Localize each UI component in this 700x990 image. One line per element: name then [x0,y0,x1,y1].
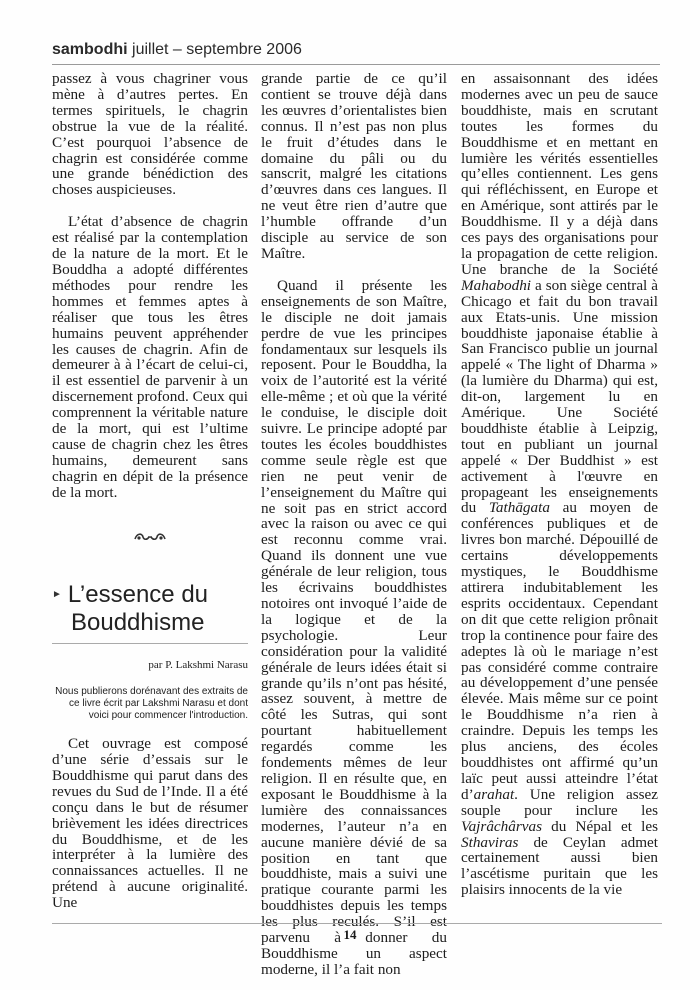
title-divider [52,643,248,644]
header-divider [52,64,660,65]
column-right: en assaisonnant des idées modernes avec … [461,71,658,898]
running-header: sambodhi juillet – septembre 2006 [52,41,672,63]
article-title-line1: L’essence du [68,581,208,608]
ornament-icon [52,531,248,551]
paragraph: Quand il présente les enseignements de s… [261,278,447,978]
issue-date: juillet – septembre 2006 [128,41,302,58]
editor-intro-note: Nous publierons dorénavant des extraits … [52,686,248,722]
article-title-line2: Bouddhisme [52,609,248,637]
paragraph: en assaisonnant des idées modernes avec … [461,71,658,898]
paragraph: passez à vous chagriner vous mène à d’au… [52,71,248,198]
italic-term: Tathāgata [489,499,550,516]
footer-divider [52,923,662,924]
paragraph: grande partie de ce qu’il contient se tr… [261,71,447,262]
italic-term: Vajrâchârvas [461,818,542,835]
italic-term: Sthaviras [461,834,518,851]
magazine-name: sambodhi [52,41,128,58]
column-middle: grande partie de ce qu’il contient se tr… [261,71,447,978]
paragraph: Cet ouvrage est composé d’une série d’es… [52,736,248,911]
author-byline: par P. Lakshmi Narasu [52,658,248,674]
article-title: ►L’essence du Bouddhisme [52,581,248,638]
magazine-page: sambodhi juillet – septembre 2006 passez… [0,0,700,990]
triangle-bullet-icon: ► [52,581,62,609]
paragraph: L’état d’absence de chagrin est réalisé … [52,214,248,500]
flourish-icon [133,531,167,543]
italic-term: arahat [474,786,515,803]
page-number: 14 [0,927,700,943]
italic-term: Mahabodhi [461,277,531,294]
column-left: passez à vous chagriner vous mène à d’au… [52,71,248,911]
